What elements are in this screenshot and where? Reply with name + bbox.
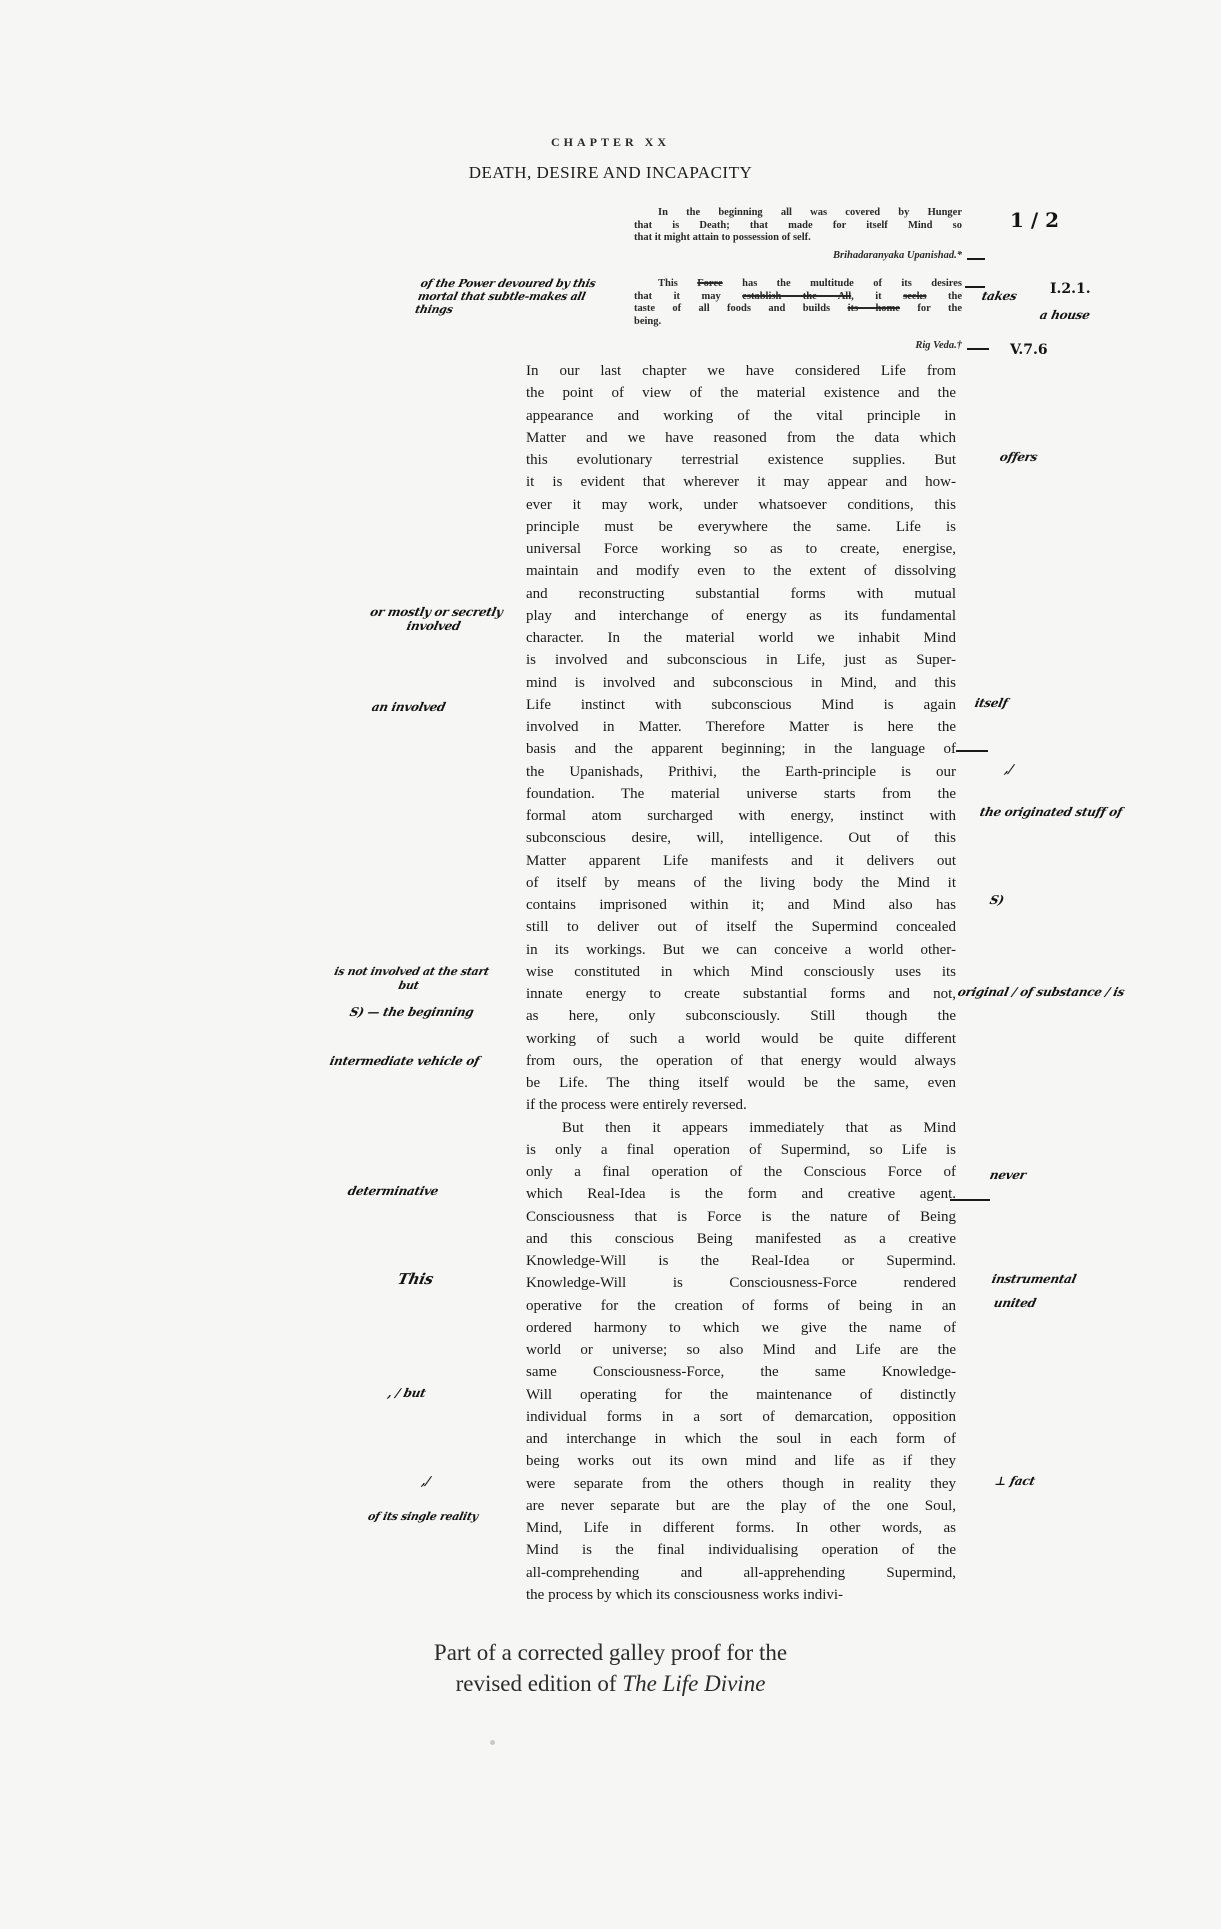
galley-proof-page: CHAPTER XX DEATH, DESIRE AND INCAPACITY … (0, 0, 1221, 1929)
body-line: of itself by means of the living body th… (526, 872, 956, 894)
body-line: Mind, Life in different forms. In other … (526, 1517, 956, 1539)
body-line: from ours, the operation of that energy … (526, 1050, 956, 1072)
chapter-label: CHAPTER XX (0, 135, 1221, 150)
body-line: be Life. The thing itself would be the s… (526, 1072, 956, 1094)
margin-note-right: itself (974, 696, 1009, 710)
margin-note-right: never (989, 1168, 1028, 1182)
body-line: Consciousness that is Force is the natur… (526, 1206, 956, 1228)
body-line: In our last chapter we have considered L… (526, 360, 956, 382)
body-line: Matter and we have reasoned from the dat… (526, 427, 956, 449)
margin-note-left: ,/ (421, 1474, 432, 1488)
body-line: play and interchange of energy as its fu… (526, 605, 956, 627)
body-line: all-comprehending and all-apprehending S… (526, 1562, 956, 1584)
margin-note-right: the originated stuff of (979, 805, 1147, 819)
margin-note-right: ,/ (1004, 762, 1015, 776)
body-line: this evolutionary terrestrial existence … (526, 449, 956, 471)
body-line: were separate from the others though in … (526, 1473, 956, 1495)
margin-dash (950, 1199, 990, 1201)
body-line: is involved and subconscious in Life, ju… (526, 649, 956, 671)
margin-note: takes (981, 289, 1019, 303)
margin-note-left: is not involved at the start but (327, 965, 493, 993)
book-title: The Life Divine (622, 1671, 765, 1696)
figure-caption: Part of a corrected galley proof for the… (0, 1637, 1221, 1699)
body-line: Will operating for the maintenance of di… (526, 1384, 956, 1406)
margin-note-left: This (397, 1272, 435, 1286)
margin-note-right: offers (999, 450, 1039, 464)
struck-word: establish the All (742, 291, 851, 302)
body-line: the Upanishads, Prithivi, the Earth-prin… (526, 761, 956, 783)
margin-ref-upanishad: 1 / 2 (1010, 208, 1059, 232)
margin-note-left: intermediate vehicle of (329, 1054, 481, 1068)
body-line: is only a final operation of Supermind, … (526, 1139, 956, 1161)
body-line: and interchange in which the soul in eac… (526, 1428, 956, 1450)
body-text: In our last chapter we have considered L… (526, 360, 956, 1606)
body-line: and this conscious Being manifested as a… (526, 1228, 956, 1250)
margin-note: of the Power devoured by this mortal tha… (414, 277, 622, 316)
body-line: formal atom surcharged with energy, inst… (526, 805, 956, 827)
body-line: foundation. The material universe starts… (526, 783, 956, 805)
epigraph-line: taste of all foods and builds its home f… (634, 303, 962, 316)
margin-note-left: determinative (347, 1184, 440, 1198)
body-line: and reconstructing substantial forms wit… (526, 583, 956, 605)
margin-note-left: an involved (371, 700, 447, 714)
chapter-title: DEATH, DESIRE AND INCAPACITY (0, 163, 1221, 183)
paper-speck (490, 1740, 495, 1745)
margin-dash (967, 348, 989, 350)
margin-dash (967, 258, 985, 260)
epigraph-line: that it may establish the All, it seeks … (634, 291, 962, 304)
margin-note-left: S) — the beginning (349, 1005, 475, 1019)
epigraph-source: Brihadaranyaka Upanishad.* (833, 250, 962, 261)
body-line: Matter apparent Life manifests and it de… (526, 850, 956, 872)
margin-note-right: instrumental (991, 1272, 1078, 1286)
body-line: being works out its own mind and life as… (526, 1450, 956, 1472)
body-line: individual forms in a sort of demarcatio… (526, 1406, 956, 1428)
body-line: But then it appears immediately that as … (526, 1117, 956, 1139)
struck-word: Force (697, 278, 722, 289)
body-line: universal Force working so as to create,… (526, 538, 956, 560)
body-line: contains imprisoned within it; and Mind … (526, 894, 956, 916)
body-line: Knowledge-Will is the Real-Idea or Super… (526, 1250, 956, 1272)
body-line: same Consciousness-Force, the same Knowl… (526, 1361, 956, 1383)
caption-line-1: Part of a corrected galley proof for the (0, 1637, 1221, 1668)
epigraph-line: that it might attain to possession of se… (634, 232, 962, 245)
body-line: operative for the creation of forms of b… (526, 1295, 956, 1317)
margin-note-left: or mostly or secretly involved (357, 605, 513, 633)
body-line: subconscious desire, will, intelligence.… (526, 827, 956, 849)
epigraph-line: This Force has the multitude of its desi… (634, 278, 962, 291)
body-line: ordered harmony to which we give the nam… (526, 1317, 956, 1339)
margin-note-right: original / of substance / is (957, 985, 1126, 999)
body-line: basis and the apparent beginning; in the… (526, 738, 956, 760)
body-line: the process by which its consciousness w… (526, 1584, 956, 1606)
body-line: ever it may work, under whatsoever condi… (526, 494, 956, 516)
margin-note-right: united (993, 1296, 1038, 1310)
margin-dash (956, 750, 988, 752)
body-line: still to deliver out of itself the Super… (526, 916, 956, 938)
body-line: maintain and modify even to the extent o… (526, 560, 956, 582)
body-line: involved in Matter. Therefore Matter is … (526, 716, 956, 738)
struck-word: seeks (903, 291, 926, 302)
body-line: wise constituted in which Mind conscious… (526, 961, 956, 983)
body-line: mind is involved and subconscious in Min… (526, 672, 956, 694)
body-line: working of such a world would be quite d… (526, 1028, 956, 1050)
body-line: only a final operation of the Conscious … (526, 1161, 956, 1183)
body-line: which Real-Idea is the form and creative… (526, 1183, 956, 1205)
body-line: Life instinct with subconscious Mind is … (526, 694, 956, 716)
margin-ref-rigveda-1: I.2.1. (1050, 281, 1091, 297)
body-line: in its workings. But we can conceive a w… (526, 939, 956, 961)
epigraph-source: Rig Veda.† (915, 340, 962, 351)
body-line: Knowledge-Will is Consciousness-Force re… (526, 1272, 956, 1294)
body-line: if the process were entirely reversed. (526, 1094, 956, 1116)
caption-prefix: revised edition of (456, 1671, 623, 1696)
body-line: the point of view of the material existe… (526, 382, 956, 404)
margin-note-right: S) (989, 893, 1006, 907)
body-line: innate energy to create substantial form… (526, 983, 956, 1005)
struck-word: its home (848, 303, 900, 314)
margin-note-left: , / but (387, 1386, 427, 1400)
caption-line-2: revised edition of The Life Divine (0, 1668, 1221, 1699)
epigraph-rigveda: This Force has the multitude of its desi… (634, 278, 962, 328)
epigraph-line: being. (634, 316, 962, 329)
margin-note-left: of its single reality (367, 1510, 490, 1524)
body-line: as here, only subconsciously. Still thou… (526, 1005, 956, 1027)
margin-ref-rigveda-2: V.7.6 (1010, 342, 1048, 358)
epigraph-line: In the beginning all was covered by Hung… (634, 207, 962, 220)
epigraph-line: that is Death; that made for itself Mind… (634, 220, 962, 233)
body-line: principle must be everywhere the same. L… (526, 516, 956, 538)
margin-dash (965, 286, 985, 288)
body-line: appearance and working of the vital prin… (526, 405, 956, 427)
margin-note: a house (1039, 308, 1092, 322)
body-line: world or universe; so also Mind and Life… (526, 1339, 956, 1361)
margin-note-right: ⊥ fact (994, 1474, 1037, 1488)
body-line: Mind is the final individualising operat… (526, 1539, 956, 1561)
body-line: are never separate but are the play of t… (526, 1495, 956, 1517)
body-line: character. In the material world we inha… (526, 627, 956, 649)
epigraph-upanishad: In the beginning all was covered by Hung… (634, 207, 962, 245)
body-line: it is evident that wherever it may appea… (526, 471, 956, 493)
